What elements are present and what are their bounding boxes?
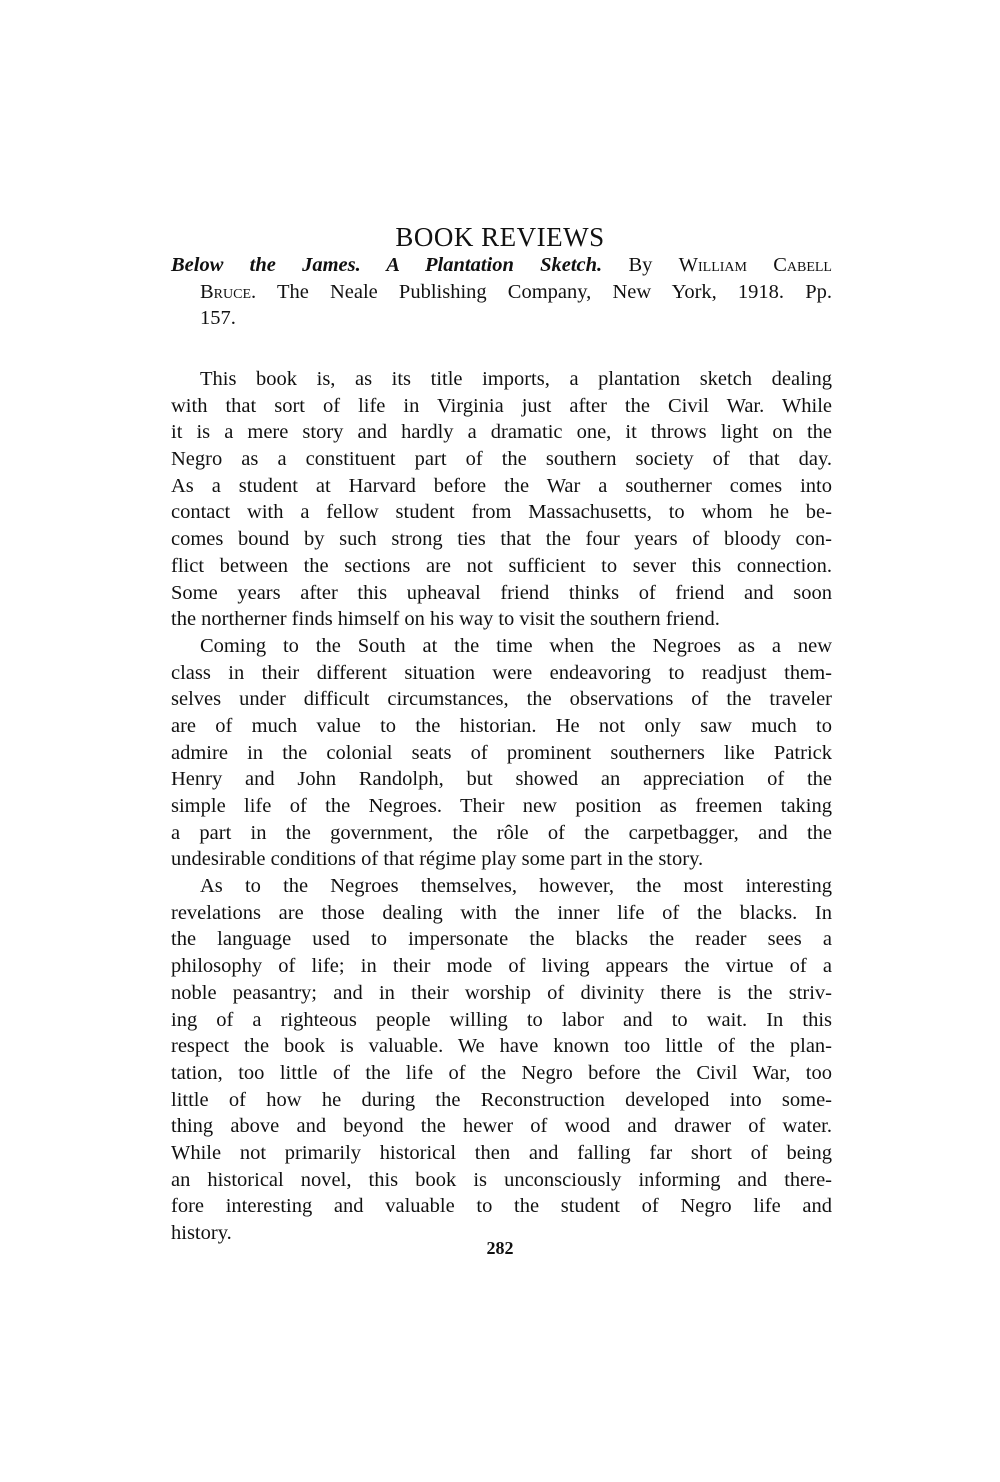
body-line: As to the Negroes themselves, however, t…: [171, 873, 832, 900]
body-line: an historical novel, this book is uncons…: [171, 1167, 832, 1194]
body-line: selves under difficult circumstances, th…: [171, 686, 832, 713]
body-line: This book is, as its title imports, a pl…: [171, 366, 832, 393]
body-line: Henry and John Randolph, but showed an a…: [171, 766, 832, 793]
author-last-name: Bruce.: [200, 281, 256, 303]
page-number: 282: [0, 1238, 1000, 1259]
body-line: As a student at Harvard before the War a…: [171, 473, 832, 500]
body-line: the northerner finds himself on his way …: [171, 606, 832, 633]
body-line: the language used to impersonate the bla…: [171, 926, 832, 953]
body-line: Negro as a constituent part of the south…: [171, 446, 832, 473]
publisher-info: The Neale Publishing Company, New York, …: [277, 281, 832, 303]
body-line: comes bound by such strong ties that the…: [171, 526, 832, 553]
body-line: thing above and beyond the hewer of wood…: [171, 1113, 832, 1140]
body-line: noble peasantry; and in their worship of…: [171, 980, 832, 1007]
body-line: class in their different situation were …: [171, 660, 832, 687]
body-line: a part in the government, the rôle of th…: [171, 820, 832, 847]
body-line: philosophy of life; in their mode of liv…: [171, 953, 832, 980]
body-line: simple life of the Negroes. Their new po…: [171, 793, 832, 820]
body-line: it is a mere story and hardly a dramatic…: [171, 419, 832, 446]
body-line: flict between the sections are not suffi…: [171, 553, 832, 580]
citation-line-2: Bruce. The Neale Publishing Company, New…: [171, 279, 832, 306]
body-line: tation, too little of the life of the Ne…: [171, 1060, 832, 1087]
body-line: Coming to the South at the time when the…: [171, 633, 832, 660]
author-first-name: William Cabell: [679, 254, 832, 276]
body-line: ing of a righteous people willing to lab…: [171, 1007, 832, 1034]
body-line: contact with a fellow student from Massa…: [171, 499, 832, 526]
body-line: revelations are those dealing with the i…: [171, 900, 832, 927]
book-citation: Below the James. A Plantation Sketch. By…: [171, 252, 832, 332]
by-label: By: [628, 254, 652, 276]
body-line: Some years after this upheaval friend th…: [171, 580, 832, 607]
body-line: undesirable conditions of that régime pl…: [171, 846, 832, 873]
citation-line-1: Below the James. A Plantation Sketch. By…: [171, 252, 832, 279]
body-line: are of much value to the historian. He n…: [171, 713, 832, 740]
section-title: BOOK REVIEWS: [0, 220, 1000, 254]
body-line: While not primarily historical then and …: [171, 1140, 832, 1167]
body-line: with that sort of life in Virginia just …: [171, 393, 832, 420]
review-body: This book is, as its title imports, a pl…: [171, 366, 832, 1247]
body-line: admire in the colonial seats of prominen…: [171, 740, 832, 767]
body-line: little of how he during the Reconstructi…: [171, 1087, 832, 1114]
citation-pages: 157.: [171, 305, 832, 332]
body-line: respect the book is valuable. We have kn…: [171, 1033, 832, 1060]
book-title: Below the James. A Plantation Sketch.: [171, 254, 602, 276]
body-line: fore interesting and valuable to the stu…: [171, 1193, 832, 1220]
